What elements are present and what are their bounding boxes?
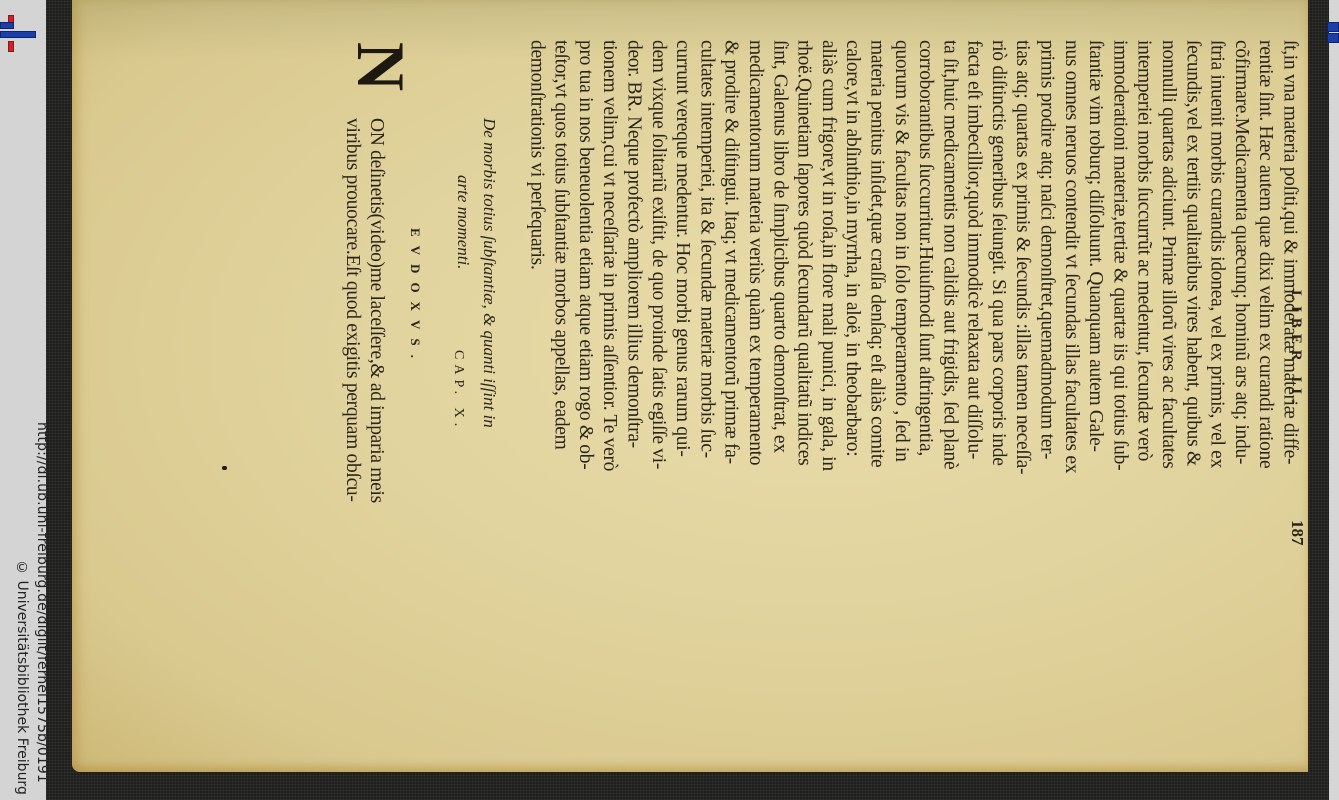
- text-line: ta ſit,huic medicamentis non calidis aut…: [937, 40, 961, 474]
- text-line: tionem velim,cui vt neceſſariæ in primis…: [597, 40, 621, 474]
- page-marker-icon: [0, 15, 40, 55]
- text-line: nus omnes neruos contendit vt ſecundas i…: [1059, 40, 1083, 474]
- document-viewer: http://dl.ub.uni-freiburg.de/diglit/fern…: [0, 0, 1339, 800]
- text-line: viribus prouocare.Eſt quod exigitis perq…: [340, 118, 364, 503]
- page-marker-right-bottom-icon: [1327, 33, 1339, 43]
- text-line: materia penitus inſidet,quæ craſſa denſa…: [864, 40, 888, 474]
- text-line: corroborantibus ſuccurritur.Huiuſmodi ſu…: [913, 40, 937, 474]
- text-line: ſt,in vna materia poſiti,qui & immoderat…: [1277, 40, 1301, 474]
- page-number: 187: [1287, 520, 1307, 546]
- text-line: pro tua in nos beneuolentia etiam atque …: [573, 40, 597, 474]
- book-page: LIBER II. 187 ſt,in vna materia poſiti,q…: [72, 0, 1308, 772]
- text-line: intemperiei morbis ſuccurrũt ac medentur…: [1131, 40, 1155, 474]
- text-line: rhoë.Quinetiam ſapores quòd ſecundarũ qu…: [791, 40, 815, 474]
- text-line: rentiæ ſint. Hæc autem quæ dixi velim ex…: [1253, 40, 1277, 474]
- copyright-notice: © Universitätsbibliothek Freiburg: [14, 560, 30, 795]
- body-text: ſt,in vna materia poſiti,qui & immoderat…: [524, 40, 1302, 474]
- text-line: teſtor,vt quos totius ſubſtantiæ morbos …: [548, 40, 572, 474]
- text-line: quorum vis & facultas non in ſolo temper…: [888, 40, 912, 474]
- text-line: cõfirmare.Medicamenta quæcunq; hominũ ar…: [1229, 40, 1253, 474]
- chapter-number: CAP. X.: [450, 350, 466, 431]
- text-line: aliàs cum frigore,vt in roſa,in flore ma…: [816, 40, 840, 474]
- text-line: currunt vereque medentur. Hoc morbi genu…: [670, 40, 694, 474]
- text-line: facta eſt imbecillior,quòd immodicè rela…: [961, 40, 985, 474]
- text-line: deor. BR. Neque profectò ampliorem illiu…: [621, 40, 645, 474]
- text-line: ſecundis,vel ex tertiis qualitatibus vir…: [1180, 40, 1204, 474]
- page-marker-right-top-icon: [1327, 22, 1339, 32]
- text-line: calore,vt in abſinthio,in myrrha, in alo…: [840, 40, 864, 474]
- text-line: ſtantiæ vim roburq; diſſoluunt. Quanquam…: [1083, 40, 1107, 474]
- text-line: ſtria inuenit morbis curandis idonea, ve…: [1204, 40, 1228, 474]
- speaker-name: EVDOXVS.: [407, 228, 423, 367]
- chapter-heading-line-1: De morbis totius ſubſtantiæ, & quanti iſ…: [476, 118, 502, 428]
- ink-speck: [222, 466, 227, 470]
- left-margin-strip: http://dl.ub.uni-freiburg.de/diglit/fern…: [0, 0, 46, 800]
- text-line: cultates intemperiei, ita & ſecundæ mate…: [694, 40, 718, 474]
- right-margin-strip: [1329, 0, 1339, 800]
- text-line: demonſtrationis vi perſequaris.: [524, 40, 548, 474]
- text-line: & prodire & diſtingui. Itaq; vt medicame…: [718, 40, 742, 474]
- paragraph-text: ON deſinetis(video)me laceſſere,& ad imp…: [340, 118, 388, 503]
- text-line: immoderationi materiæ,tertiæ & quartæ ii…: [1107, 40, 1131, 474]
- text-line: ON deſinetis(video)me laceſſere,& ad imp…: [364, 118, 388, 503]
- text-line: ſint, Galenus libro de ſimplicibus quart…: [767, 40, 791, 474]
- text-line: nonnulli quartas adiciunt. Primæ illorũ …: [1156, 40, 1180, 474]
- text-line: primis prodire atq; naſci demonſtret,que…: [1034, 40, 1058, 474]
- text-line: tias atq; quartas ex primis & ſecundis :…: [1010, 40, 1034, 474]
- drop-cap: N: [348, 42, 414, 91]
- chapter-heading-line-2: arte momenti.: [450, 175, 476, 269]
- text-line: riò diſtinctis generibus ſeiungit. Si qu…: [986, 40, 1010, 474]
- text-line: medicamentorum materia veriùs quàm ex te…: [743, 40, 767, 474]
- text-line: dem vixque ſolitariũ exiſtit, de quo pro…: [645, 40, 669, 474]
